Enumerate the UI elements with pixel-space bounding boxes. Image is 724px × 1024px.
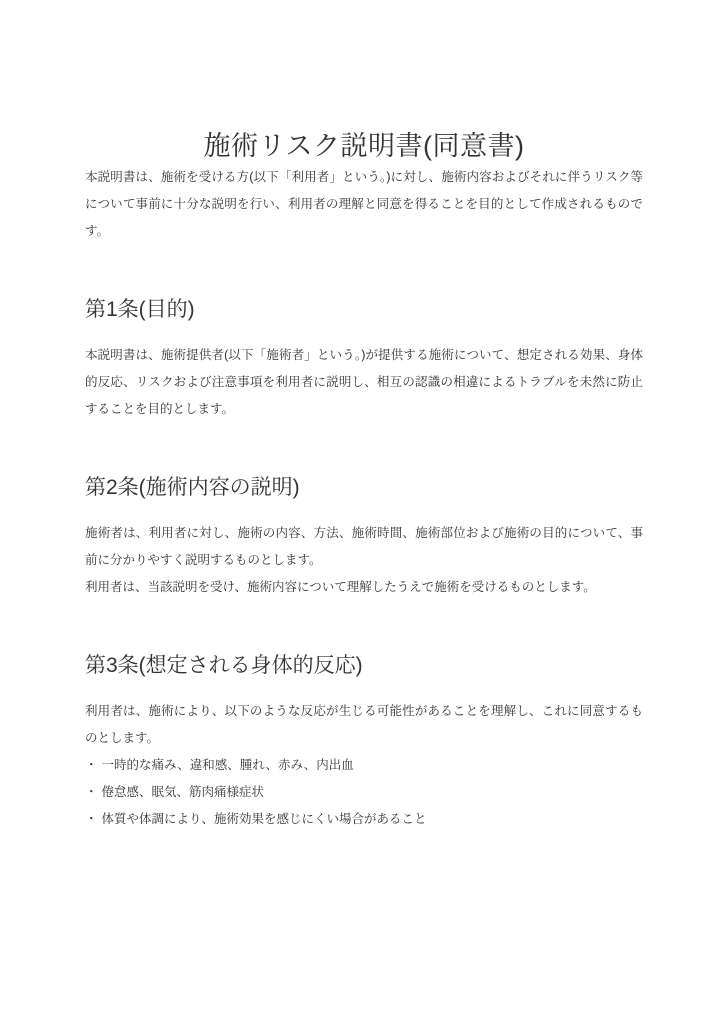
section-1-paragraph: 本説明書は、施術提供者(以下「施術者」という。)が提供する施術について、想定され…	[85, 342, 643, 423]
section-purpose: 第1条(目的) 本説明書は、施術提供者(以下「施術者」という。)が提供する施術に…	[85, 294, 643, 423]
document-title: 施術リスク説明書(同意書)	[85, 128, 643, 164]
bullet-text: 倦怠感、眠気、筋肉痛様症状	[102, 785, 265, 799]
section-treatment-explanation: 第2条(施術内容の説明) 施術者は、利用者に対し、施術の内容、方法、施術時間、施…	[85, 472, 643, 601]
section-expected-reactions: 第3条(想定される身体的反応) 利用者は、施術により、以下のような反応が生じる可…	[85, 650, 643, 833]
bullet-item: ・倦怠感、眠気、筋肉痛様症状	[85, 779, 643, 806]
section-1-heading: 第1条(目的)	[85, 294, 643, 325]
section-2-heading: 第2条(施術内容の説明)	[85, 472, 643, 503]
document-page: 施術リスク説明書(同意書) 本説明書は、施術を受ける方(以下「利用者」という。)…	[0, 0, 724, 1024]
bullet-text: 体質や体調により、施術効果を感じにくい場合があること	[102, 812, 427, 826]
section-2-paragraph-2: 利用者は、当該説明を受け、施術内容について理解したうえで施術を受けるものとします…	[85, 574, 643, 601]
section-3-paragraph: 利用者は、施術により、以下のような反応が生じる可能性があることを理解し、これに同…	[85, 698, 643, 752]
bullet-item: ・一時的な痛み、違和感、腫れ、赤み、内出血	[85, 752, 643, 779]
bullet-item: ・体質や体調により、施術効果を感じにくい場合があること	[85, 806, 643, 833]
intro-paragraph: 本説明書は、施術を受ける方(以下「利用者」という。)に対し、施術内容およびそれに…	[85, 164, 643, 245]
bullet-text: 一時的な痛み、違和感、腫れ、赤み、内出血	[102, 758, 354, 772]
bullet-marker: ・	[85, 812, 98, 826]
bullet-marker: ・	[85, 785, 98, 799]
bullet-marker: ・	[85, 758, 98, 772]
bullet-list: ・一時的な痛み、違和感、腫れ、赤み、内出血 ・倦怠感、眠気、筋肉痛様症状 ・体質…	[85, 752, 643, 833]
section-3-heading: 第3条(想定される身体的反応)	[85, 650, 643, 681]
section-2-paragraph-1: 施術者は、利用者に対し、施術の内容、方法、施術時間、施術部位および施術の目的につ…	[85, 520, 643, 574]
